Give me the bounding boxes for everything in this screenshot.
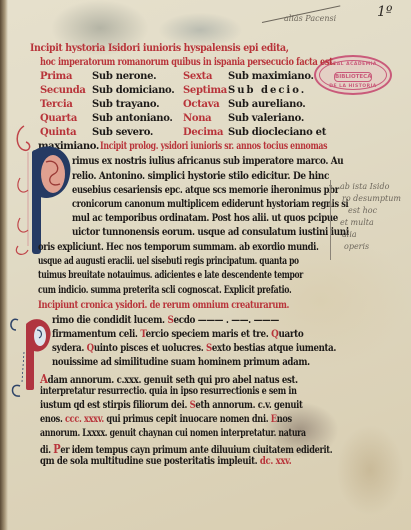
- decorated-initial-p-icon: [10, 118, 72, 258]
- chronicle-line-2: firmamentum celi. Tercio speciem maris e…: [52, 329, 303, 340]
- prologue-line-8: usque ad augusti eraclii. uel sisebuti r…: [38, 256, 299, 267]
- prologue-line-9: tuimus breuitate notauimus. adicientes e…: [38, 270, 303, 281]
- rubric-title-line-2: hoc imperatorum romanorum quibus in ispa…: [40, 57, 335, 68]
- emperor-9: Sub valeriano.: [228, 113, 304, 124]
- prologue-line-4: cronicorum canonum multiplicem ediderunt…: [72, 199, 348, 210]
- margin-note-line-1: ab ista Isido: [340, 182, 389, 191]
- chronicle-line-10: di. Per idem tempus cayn primum ante dil…: [40, 442, 332, 456]
- ordinal-7: Septima: [183, 85, 227, 96]
- chronicle-line-4: nouissime ad similitudine suam hominem p…: [52, 357, 310, 368]
- top-gloss: aliás Pacensi: [284, 14, 336, 23]
- ordinal-3: Tercia: [40, 99, 73, 110]
- emperor-7: Sub decio.: [228, 85, 306, 96]
- ordinal-9: Nona: [183, 113, 211, 124]
- chronicle-line-9: annorum. Lxxxx. genuit chaynan cui nomen…: [40, 428, 306, 439]
- margin-note-line-5: alia: [342, 230, 357, 239]
- manuscript-page: 1º aliás Pacensi REAL ACADEMIA BIBLIOTEC…: [0, 0, 411, 530]
- prologue-line-2: relio. Antonino. simplici hystorie stilo…: [72, 171, 329, 182]
- chronica-rubric: Incipiunt cronica ysidori. de rerum omni…: [38, 300, 289, 311]
- stamp-bottom-text: DE LA HISTORIA: [316, 84, 390, 89]
- emperor-3: Sub trayano.: [92, 99, 159, 110]
- ordinal-1: Prima: [40, 71, 72, 82]
- ordinal-2: Secunda: [40, 85, 86, 96]
- margin-bracket: [330, 180, 331, 260]
- emperor-1: Sub nerone.: [92, 71, 156, 82]
- margin-note-line-6: operis: [344, 242, 369, 251]
- prologue-rubric: Incipit prolog. ysidori iunioris sr. ann…: [100, 141, 327, 152]
- folio-number: 1º: [377, 4, 393, 20]
- chronicle-line-8: enos. ccc. xxxv. qui primus cepit inuoca…: [40, 414, 292, 425]
- chronicle-line-6: interpretatur resurrectio. quia in ipso …: [40, 386, 297, 397]
- emperor-10: Sub diocleciano et: [228, 127, 326, 138]
- prologue-line-6: uictor tunnonensis eorum. usque ad consu…: [72, 227, 349, 238]
- margin-note-line-2: ro desumptum: [342, 194, 401, 203]
- prologue-line-3: eusebius cesariensis epc. atque scs memo…: [72, 185, 339, 196]
- chronicle-line-1: rimo die condidit lucem. Secdo ——— . ——.…: [52, 315, 279, 326]
- stamp-middle-text: BIBLIOTECA: [334, 72, 372, 82]
- chronicle-line-3: sydera. Quinto pisces et uolucres. Sexto…: [52, 343, 336, 354]
- margin-note-line-3: est hoc: [348, 206, 377, 215]
- emperor-8: Sub aureliano.: [228, 99, 305, 110]
- prologue-line-7: oris expliciunt. Hec nos temporum summam…: [38, 242, 319, 253]
- ordinal-6: Sexta: [183, 71, 212, 82]
- page-binding-edge: [0, 0, 8, 530]
- prologue-line-1: rimus ex nostris iulius africanus sub im…: [72, 156, 343, 167]
- margin-note-line-4: et multa: [340, 218, 374, 227]
- chronicle-line-11: qm de sola multitudine sue posteritatis …: [40, 456, 291, 467]
- chronicle-line-5: Adam annorum. c.xxx. genuit seth qui pro…: [40, 372, 298, 386]
- prologue-line-10: cum indicio. summa preterita scli cognos…: [38, 285, 291, 296]
- emperor-4: Sub antoniano.: [92, 113, 173, 124]
- rubric-title-line-1: Incipit hystoria Isidori iunioris hyspal…: [30, 43, 289, 54]
- ordinal-8: Octava: [183, 99, 219, 110]
- emperor-2: Sub domiciano.: [92, 85, 174, 96]
- prologue-line-5: mul ac temporibus ordinatam. Post hos al…: [72, 213, 338, 224]
- chronicle-line-7: iustum qd est stirpis filiorum dei. Seth…: [40, 400, 303, 411]
- emperor-5: Sub severo.: [92, 127, 153, 138]
- ordinal-10: Decima: [183, 127, 223, 138]
- emperor-6: Sub maximiano.: [228, 71, 314, 82]
